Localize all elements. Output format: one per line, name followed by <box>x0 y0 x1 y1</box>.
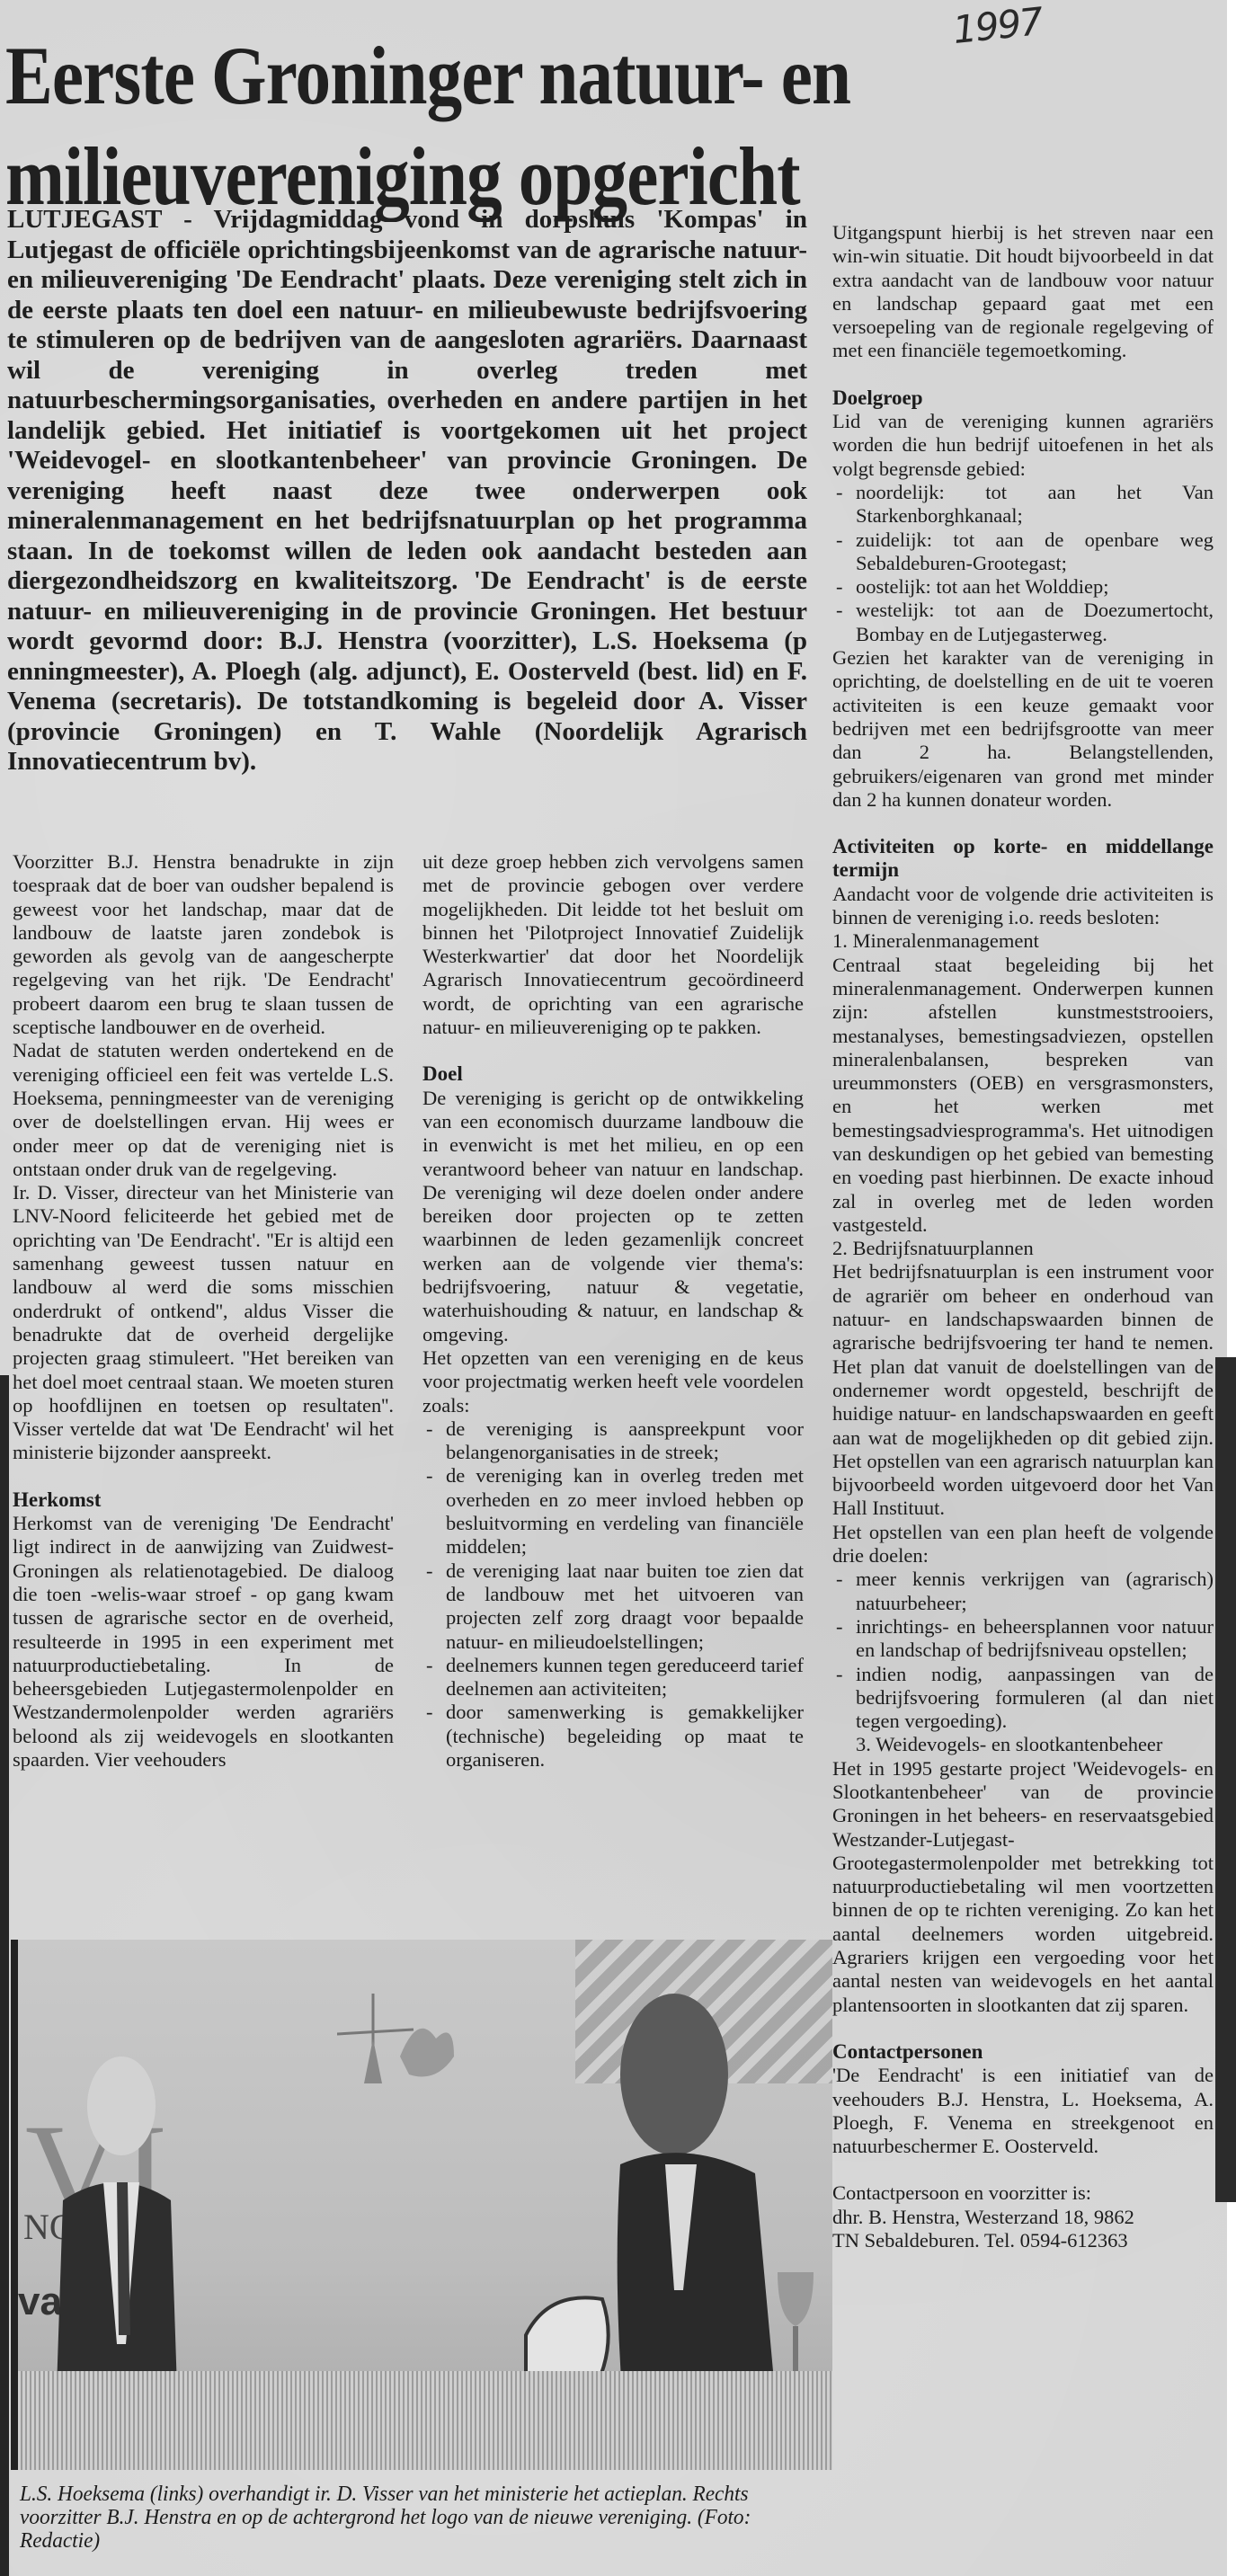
list-item: de vereniging laat naar buiten toe zien … <box>422 1559 804 1654</box>
section-heading-doel: Doel <box>422 1062 804 1086</box>
contact-phone: TN Sebaldeburen. Tel. 0594-612363 <box>832 2229 1214 2252</box>
list-item: noordelijk: tot aan het Van Starkenborgh… <box>832 481 1214 529</box>
contact-address: dhr. B. Henstra, Westerzand 18, 9862 <box>832 2206 1214 2229</box>
paragraph: Aandacht voor de volgende drie activitei… <box>832 883 1214 930</box>
scan-edge-right <box>1215 1357 1236 2202</box>
newspaper-clipping: 1997 Eerste Groninger natuur- en milieuv… <box>0 0 1227 2576</box>
paragraph: Voorzitter B.J. Henstra benadrukte in zi… <box>13 850 394 1039</box>
list-item: deelnemers kunnen tegen gereduceerd tari… <box>422 1654 804 1701</box>
news-photo: VI NGE var <box>11 1940 832 2470</box>
paragraph: De vereniging is gericht op de ontwikkel… <box>422 1087 804 1346</box>
lead-paragraph: LUTJEGAST - Vrijdagmiddag vond in dorpsh… <box>7 205 807 777</box>
list-item: westelijk: tot aan de Doezumertocht, Bom… <box>832 599 1214 646</box>
paragraph: Het opzetten van een vereniging en de ke… <box>422 1346 804 1417</box>
paragraph: Het opstellen van een plan heeft de volg… <box>832 1521 1214 1568</box>
subheading-weidevogels: 3. Weidevogels- en slootkantenbeheer <box>832 1733 1214 1756</box>
photo-caption: L.S. Hoeksema (links) overhandigt ir. D.… <box>20 2483 796 2553</box>
subheading-mineralen: 1. Mineralenmanagement <box>832 929 1214 953</box>
paragraph: Het in 1995 gestarte project 'Weidevogel… <box>832 1757 1214 2017</box>
list-item: de vereniging is aanspreekpunt voor bela… <box>422 1417 804 1465</box>
paragraph: Nadat de statuten werden ondertekend en … <box>13 1039 394 1181</box>
curtain <box>18 2371 832 2470</box>
paragraph: Herkomst van de vereniging 'De Eendracht… <box>13 1512 394 1772</box>
section-heading-herkomst: Herkomst <box>13 1488 394 1512</box>
paragraph: Lid van de vereniging kunnen agrariërs w… <box>832 410 1214 481</box>
paragraph: uit deze groep hebben zich vervolgens sa… <box>422 850 804 1039</box>
benefits-list: de vereniging is aanspreekpunt voor bela… <box>422 1417 804 1772</box>
list-item: door samenwerking is gemakkelijker (tech… <box>422 1701 804 1772</box>
list-item: de vereniging kan in overleg treden met … <box>422 1464 804 1559</box>
subheading-bedrijfsnatuurplannen: 2. Bedrijfsnatuurplannen <box>832 1237 1214 1260</box>
boundaries-list: noordelijk: tot aan het Van Starkenborgh… <box>832 481 1214 646</box>
headline-line-1: Eerste Groninger natuur- en <box>5 25 1057 126</box>
paragraph: 'De Eendracht' is een initiatief van de … <box>832 2064 1214 2158</box>
paragraph: Het bedrijfsnatuurplan is een instrument… <box>832 1260 1214 1520</box>
section-heading-doelgroep: Doelgroep <box>832 386 1214 410</box>
list-item: oostelijk: tot aan het Wolddiep; <box>832 575 1214 599</box>
column-left: Voorzitter B.J. Henstra benadrukte in zi… <box>13 850 394 1772</box>
paragraph: Uitgangspunt hierbij is het streven naar… <box>832 221 1214 363</box>
list-item: zuidelijk: tot aan de openbare weg Sebal… <box>832 529 1214 576</box>
paragraph: Centraal staat begeleiding bij het miner… <box>832 954 1214 1238</box>
column-right: Uitgangspunt hierbij is het streven naar… <box>832 221 1214 2252</box>
list-item: inrichtings- en beheersplannen voor natu… <box>832 1615 1214 1663</box>
list-item: meer kennis verkrijgen van (agrarisch) n… <box>832 1568 1214 1615</box>
paragraph: Ir. D. Visser, directeur van het Ministe… <box>13 1181 394 1465</box>
contact-intro: Contactpersoon en voorzitter is: <box>832 2181 1214 2205</box>
goals-list: meer kennis verkrijgen van (agrarisch) n… <box>832 1568 1214 1733</box>
section-heading-activiteiten: Activiteiten op korte- en middellange te… <box>832 835 1214 883</box>
headline: Eerste Groninger natuur- en milieuvereni… <box>5 25 1057 227</box>
scan-edge-left <box>0 1375 9 2576</box>
section-heading-contactpersonen: Contactpersonen <box>832 2040 1214 2064</box>
windmill-logo-icon <box>337 1994 463 2092</box>
list-item: indien nodig, aanpassingen van de bedrij… <box>832 1663 1214 1734</box>
column-middle: uit deze groep hebben zich vervolgens sa… <box>422 850 804 1772</box>
paragraph: Gezien het karakter van de vereniging in… <box>832 646 1214 812</box>
